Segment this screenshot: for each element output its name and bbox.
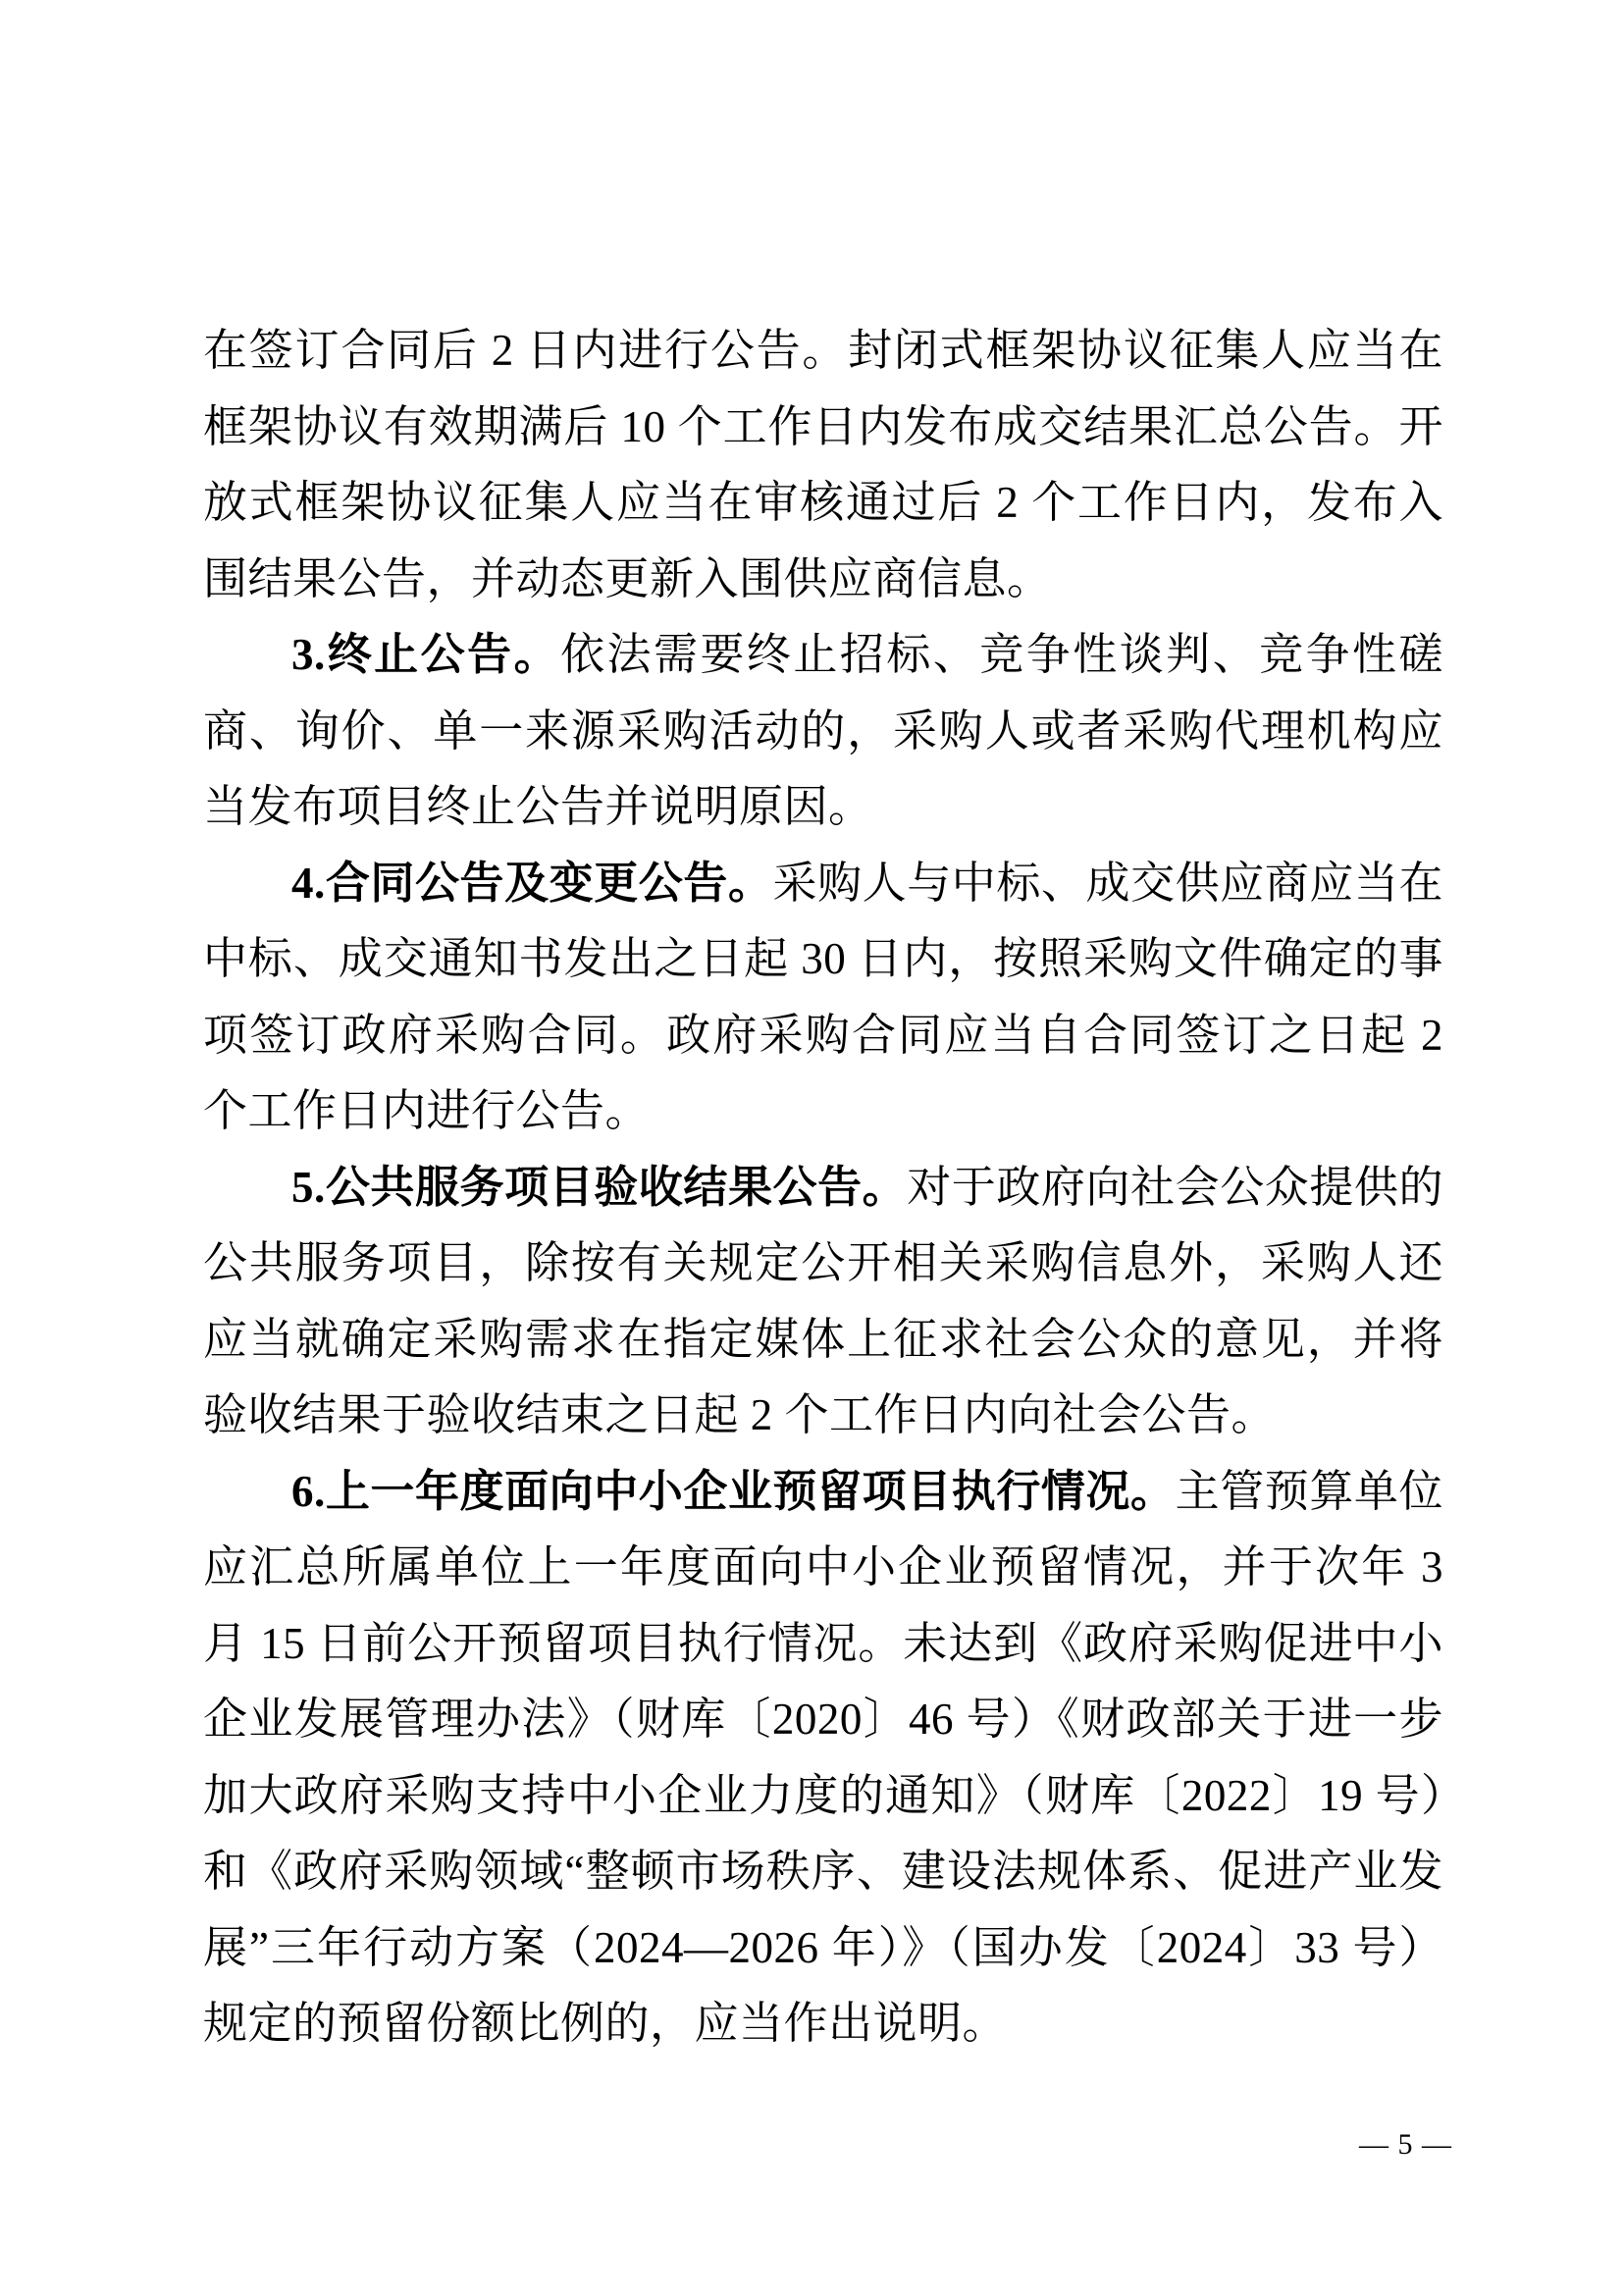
clause-heading: 3.终止公告。 xyxy=(291,630,560,679)
clause-heading: 5.公共服务项目验收结果公告。 xyxy=(291,1163,907,1212)
page-number: — 5 — xyxy=(1359,2125,1443,2165)
paragraph: 在签订合同后 2 日内进行公告。封闭式框架协议征集人应当在框架协议有效期满后 1… xyxy=(203,313,1443,617)
text-run: 主管预算单位应汇总所属单位上一年度面向中小企业预留情况，并于次年 3 月 15 … xyxy=(203,1467,1443,2049)
document-page: 在签订合同后 2 日内进行公告。封闭式框架协议征集人应当在框架协议有效期满后 1… xyxy=(0,0,1624,2296)
paragraph: 6.上一年度面向中小企业预留项目执行情况。主管预算单位应汇总所属单位上一年度面向… xyxy=(203,1454,1443,2062)
clause-heading: 4.合同公告及变更公告。 xyxy=(291,859,773,908)
paragraph: 4.合同公告及变更公告。采购人与中标、成交供应商应当在中标、成交通知书发出之日起… xyxy=(203,846,1443,1150)
paragraph: 5.公共服务项目验收结果公告。对于政府向社会公众提供的公共服务项目，除按有关规定… xyxy=(203,1150,1443,1454)
document-body: 在签订合同后 2 日内进行公告。封闭式框架协议征集人应当在框架协议有效期满后 1… xyxy=(203,313,1443,2062)
paragraph: 3.终止公告。依法需要终止招标、竞争性谈判、竞争性磋商、询价、单一来源采购活动的… xyxy=(203,617,1443,846)
clause-heading: 6.上一年度面向中小企业预留项目执行情况。 xyxy=(291,1467,1176,1516)
text-run: 在签订合同后 2 日内进行公告。封闭式框架协议征集人应当在框架协议有效期满后 1… xyxy=(203,326,1443,603)
